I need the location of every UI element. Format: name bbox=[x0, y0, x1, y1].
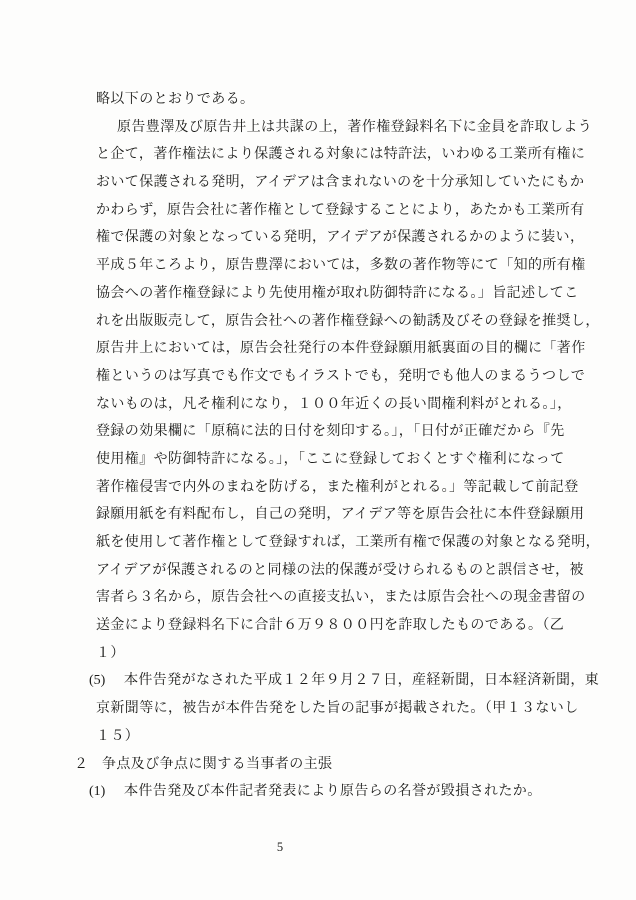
text-line: れを出版販売して，原告会社への著作権登録への勧誘及びその登録を推奨し， bbox=[96, 308, 608, 336]
line-label: (1) bbox=[89, 778, 124, 806]
line-text: 原告井上においては，原告会社発行の本件登録願用紙裏面の目的欄に「著作 bbox=[96, 341, 586, 356]
line-text: 著作権侵害で内外のまねを防げる，また権利がとれる。」等記載して前記登 bbox=[96, 480, 579, 495]
text-line: 録願用紙を有料配布し，自己の発明，アイデア等を原告会社に本件登録願用 bbox=[96, 501, 608, 529]
line-text: 本件告発及び本件記者発表により原告らの名誉が毀損されたか。 bbox=[124, 784, 542, 799]
line-label: (5) bbox=[89, 667, 124, 695]
line-text: 京新聞等に，被告が本件告発をした旨の記事が掲載された。（甲１３ないし bbox=[96, 701, 579, 716]
text-line: 送金により登録料名下に合計６万９８００円を詐取したものである。（乙 bbox=[96, 612, 608, 640]
text-line: 使用権』や防御特許になる。」，「ここに登録しておくとすぐ権利になって bbox=[96, 446, 608, 474]
text-line: 著作権侵害で内外のまねを防げる，また権利がとれる。」等記載して前記登 bbox=[96, 474, 608, 502]
line-text: 使用権』や防御特許になる。」，「ここに登録しておくとすぐ権利になって bbox=[96, 452, 565, 467]
line-text: 争点及び争点に関する当事者の主張 bbox=[102, 757, 332, 772]
line-text: 原告豊澤及び原告井上は共謀の上，著作権登録料名下に金員を詐取しよう bbox=[117, 120, 592, 135]
line-text: ないものは，凡そ権利になり，１００年近くの長い間権利料がとれる。」， bbox=[96, 397, 572, 412]
line-text: れを出版販売して，原告会社への著作権登録への勧誘及びその登録を推奨し， bbox=[96, 314, 600, 329]
line-text: 送金により登録料名下に合計６万９８００円を詐取したものである。（乙 bbox=[96, 618, 564, 633]
line-text: と企て，著作権法により保護される対象には特許法，いわゆる工業所有権に bbox=[96, 147, 585, 162]
text-line: １） bbox=[96, 640, 608, 668]
text-line: 害者ら３名から，原告会社への直接支払い，または原告会社への現金書留の bbox=[96, 584, 608, 612]
text-line: (5)本件告発がなされた平成１２年９月２７日，産経新聞，日本経済新聞，東 bbox=[96, 667, 608, 695]
text-line: ないものは，凡そ権利になり，１００年近くの長い間権利料がとれる。」， bbox=[96, 391, 608, 419]
text-line: かわらず，原告会社に著作権として登録することにより，あたかも工業所有 bbox=[96, 197, 608, 225]
text-line: 登録の効果欄に「原稿に法的日付を刻印する。」，「日付が正確だから『先 bbox=[96, 418, 608, 446]
text-line: 権というのは写真でも作文でもイラストでも，発明でも他人のまるうつしで bbox=[96, 363, 608, 391]
text-line: １５） bbox=[96, 723, 608, 751]
line-text: 平成５年ころより，原告豊澤においては，多数の著作物等にて「知的所有権 bbox=[96, 258, 586, 273]
line-text: 権で保護の対象となっている発明，アイデアが保護されるかのように装い， bbox=[96, 230, 584, 245]
text-line: (1)本件告発及び本件記者発表により原告らの名誉が毀損されたか。 bbox=[96, 778, 608, 806]
document-body: 略以下のとおりである。原告豊澤及び原告井上は共謀の上，著作権登録料名下に金員を詐… bbox=[96, 86, 608, 806]
text-line: 平成５年ころより，原告豊澤においては，多数の著作物等にて「知的所有権 bbox=[96, 252, 608, 280]
text-line: 略以下のとおりである。 bbox=[96, 86, 608, 114]
line-text: 録願用紙を有料配布し，自己の発明，アイデア等を原告会社に本件登録願用 bbox=[96, 507, 584, 522]
line-text: 害者ら３名から，原告会社への直接支払い，または原告会社への現金書留の bbox=[96, 590, 586, 605]
line-text: 略以下のとおりである。 bbox=[96, 92, 254, 107]
line-text: アイデアが保護されるのと同様の法的保護が受けられるものと誤信させ，被 bbox=[96, 563, 584, 578]
line-text: 登録の効果欄に「原稿に法的日付を刻印する。」，「日付が正確だから『先 bbox=[96, 424, 565, 439]
text-line: アイデアが保護されるのと同様の法的保護が受けられるものと誤信させ，被 bbox=[96, 557, 608, 585]
line-text: おいて保護される発明，アイデアは含まれないのを十分承知していたにもか bbox=[96, 175, 584, 190]
page-number: 5 bbox=[0, 840, 598, 855]
text-line: 原告井上においては，原告会社発行の本件登録願用紙裏面の目的欄に「著作 bbox=[96, 335, 608, 363]
line-text: １） bbox=[96, 646, 125, 661]
text-line: 原告豊澤及び原告井上は共謀の上，著作権登録料名下に金員を詐取しよう bbox=[96, 114, 608, 142]
text-line: と企て，著作権法により保護される対象には特許法，いわゆる工業所有権に bbox=[96, 141, 608, 169]
line-text: 権というのは写真でも作文でもイラストでも，発明でも他人のまるうつしで bbox=[96, 369, 585, 384]
line-text: １５） bbox=[96, 729, 139, 744]
text-line: 権で保護の対象となっている発明，アイデアが保護されるかのように装い， bbox=[96, 224, 608, 252]
text-line: 紙を使用して著作権として登録すれば，工業所有権で保護の対象となる発明， bbox=[96, 529, 608, 557]
line-text: 本件告発がなされた平成１２年９月２７日，産経新聞，日本経済新聞，東 bbox=[124, 673, 599, 688]
line-text: 協会への著作権登録により先使用権が取れ防御特許になる。」旨記述してこ bbox=[96, 286, 579, 301]
document-page: 略以下のとおりである。原告豊澤及び原告井上は共謀の上，著作権登録料名下に金員を詐… bbox=[0, 0, 636, 900]
line-text: 紙を使用して著作権として登録すれば，工業所有権で保護の対象となる発明， bbox=[96, 535, 600, 550]
text-line: ２争点及び争点に関する当事者の主張 bbox=[96, 751, 608, 779]
text-line: おいて保護される発明，アイデアは含まれないのを十分承知していたにもか bbox=[96, 169, 608, 197]
line-label: ２ bbox=[74, 751, 102, 779]
line-text: かわらず，原告会社に著作権として登録することにより，あたかも工業所有 bbox=[96, 203, 584, 218]
text-line: 協会への著作権登録により先使用権が取れ防御特許になる。」旨記述してこ bbox=[96, 280, 608, 308]
text-line: 京新聞等に，被告が本件告発をした旨の記事が掲載された。（甲１３ないし bbox=[96, 695, 608, 723]
